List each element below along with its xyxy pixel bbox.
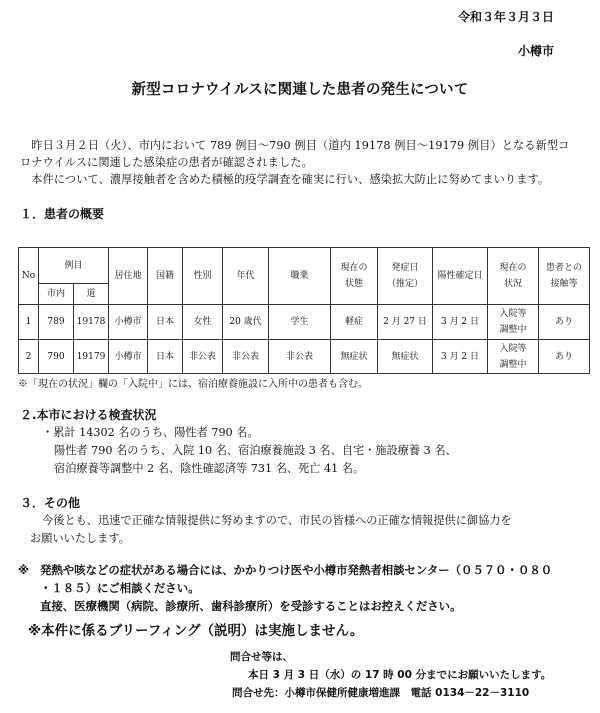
cell-gender: 非公表 xyxy=(183,340,223,374)
table-footnote: ※「現在の状況」欄の「入院中」には、宿泊療養施設に入所中の患者も含む。 xyxy=(18,375,368,390)
advisory-line-1: 発熱や咳などの症状がある場合には、かかりつけ医や小樽市発熱者相談センター（０５７… xyxy=(40,561,552,579)
header-no: No xyxy=(19,248,39,305)
cell-gender: 女性 xyxy=(183,305,223,340)
briefing-notice: ※本件に係るブリーフィング（説明）は実施しません。 xyxy=(28,619,363,639)
other-line-2: お願いいたします。 xyxy=(30,530,130,547)
testing-line-3: 宿泊療養等調整中 2 名、陰性確認済等 731 名、死亡 41 名。 xyxy=(54,460,364,477)
header-age: 年代 xyxy=(223,248,269,305)
header-occupation: 職業 xyxy=(269,248,331,305)
cell-status: 入院等 調整中 xyxy=(488,305,539,340)
contact-office: 問合せ先：小樽市保健所健康増進課 電話 0134－22－3110 xyxy=(232,685,529,700)
cell-prefecture: 19179 xyxy=(74,340,109,374)
header-nationality: 国籍 xyxy=(148,248,183,305)
header-status-l1: 現在の xyxy=(488,260,538,276)
cell-city: 789 xyxy=(39,305,74,340)
header-contact-l2: 接触等 xyxy=(539,276,589,292)
cell-status: 入院等 調整中 xyxy=(488,340,539,374)
advisory-mark: ※ xyxy=(18,561,29,579)
cell-contact: あり xyxy=(539,305,590,340)
cell-city: 790 xyxy=(39,340,74,374)
testing-line-2: 陽性者 790 名のうち、入院 10 名、宿泊療養施設 3 名、自宅・施設療養 … xyxy=(54,442,457,459)
cell-status-l2: 調整中 xyxy=(488,322,538,338)
header-status: 現在の 状況 xyxy=(488,248,539,305)
header-city: 市内 xyxy=(39,284,74,305)
header-contact-l1: 患者との xyxy=(539,260,589,276)
header-status-l2: 状況 xyxy=(488,276,538,292)
header-onset-l2: （推定） xyxy=(378,276,432,292)
other-line-1: 今後とも、迅速で正確な情報提供に努めますので、市民の皆様への正確な情報提供に御協… xyxy=(42,512,512,529)
cell-nationality: 日本 xyxy=(148,340,183,374)
table-header-row: No 例目 居住地 国籍 性別 年代 職業 現在の 状態 発症日 （推定） 陽性… xyxy=(19,248,590,284)
contact-intro: 問合せ等は、 xyxy=(230,649,293,664)
cell-age: 20 歳代 xyxy=(223,305,269,340)
cell-condition: 軽症 xyxy=(331,305,378,340)
header-prefecture: 道 xyxy=(74,284,109,305)
cell-occupation: 学生 xyxy=(269,305,331,340)
cell-status-l1: 入院等 xyxy=(488,341,538,357)
intro-line-2: ロナウイルスに関連した感染症の患者が確認されました。 xyxy=(20,154,313,171)
section-3-heading: ３．その他 xyxy=(20,494,80,511)
document-title: 新型コロナウイルスに関連した患者の発生について xyxy=(0,78,600,99)
cell-residence: 小樽市 xyxy=(109,305,148,340)
cell-onset: 無症状 xyxy=(378,340,433,374)
header-case-number: 例目 xyxy=(39,248,109,284)
cell-no: 1 xyxy=(19,305,39,340)
cell-condition: 無症状 xyxy=(331,340,378,374)
table-row: 2 790 19179 小樽市 日本 非公表 非公表 非公表 無症状 無症状 3… xyxy=(19,340,590,374)
intro-line-1: 昨日３月２日（火）、市内において 789 例目～790 例目（道内 19178 … xyxy=(20,137,569,154)
contact-deadline: 本日 3 月 3 日（水）の 17 時 00 分までにお願いいたします。 xyxy=(248,667,551,682)
cell-nationality: 日本 xyxy=(148,305,183,340)
cell-status-l2: 調整中 xyxy=(488,357,538,373)
cell-age: 非公表 xyxy=(223,340,269,374)
cell-contact: あり xyxy=(539,340,590,374)
header-positive-date: 陽性確定日 xyxy=(433,248,488,305)
header-condition: 現在の 状態 xyxy=(331,248,378,305)
cell-status-l1: 入院等 xyxy=(488,306,538,322)
section-1-heading: １．患者の概要 xyxy=(20,205,104,222)
section-2-heading: ２.本市における検査状況 xyxy=(20,406,157,423)
patient-summary-table: No 例目 居住地 国籍 性別 年代 職業 現在の 状態 発症日 （推定） 陽性… xyxy=(18,247,590,374)
header-residence: 居住地 xyxy=(109,248,148,305)
advisory-line-3: 直接、医療機関（病院、診療所、歯科診療所）を受診することはお控えください。 xyxy=(40,597,461,615)
issuing-organization: 小樽市 xyxy=(518,42,554,59)
cell-prefecture: 19178 xyxy=(74,305,109,340)
cell-no: 2 xyxy=(19,340,39,374)
header-condition-l2: 状態 xyxy=(331,276,377,292)
header-contact: 患者との 接触等 xyxy=(539,248,590,305)
cell-positive-date: 3 月 2 日 xyxy=(433,305,488,340)
table-row: 1 789 19178 小樽市 日本 女性 20 歳代 学生 軽症 2 月 27… xyxy=(19,305,590,340)
cell-positive-date: 3 月 2 日 xyxy=(433,340,488,374)
header-onset-l1: 発症日 xyxy=(378,260,432,276)
advisory-line-2: ・１８５）にご相談ください。 xyxy=(40,579,199,597)
document-date: 令和３年３月３日 xyxy=(458,8,554,25)
cell-occupation: 非公表 xyxy=(269,340,331,374)
intro-line-3: 本件について、濃厚接触者を含めた積極的疫学調査を確実に行い、感染拡大防止に努めて… xyxy=(20,171,549,188)
testing-line-1: ・累計 14302 名のうち、陽性者 790 名。 xyxy=(42,424,259,441)
header-condition-l1: 現在の xyxy=(331,260,377,276)
cell-onset: 2 月 27 日 xyxy=(378,305,433,340)
cell-residence: 小樽市 xyxy=(109,340,148,374)
header-gender: 性別 xyxy=(183,248,223,305)
header-onset: 発症日 （推定） xyxy=(378,248,433,305)
